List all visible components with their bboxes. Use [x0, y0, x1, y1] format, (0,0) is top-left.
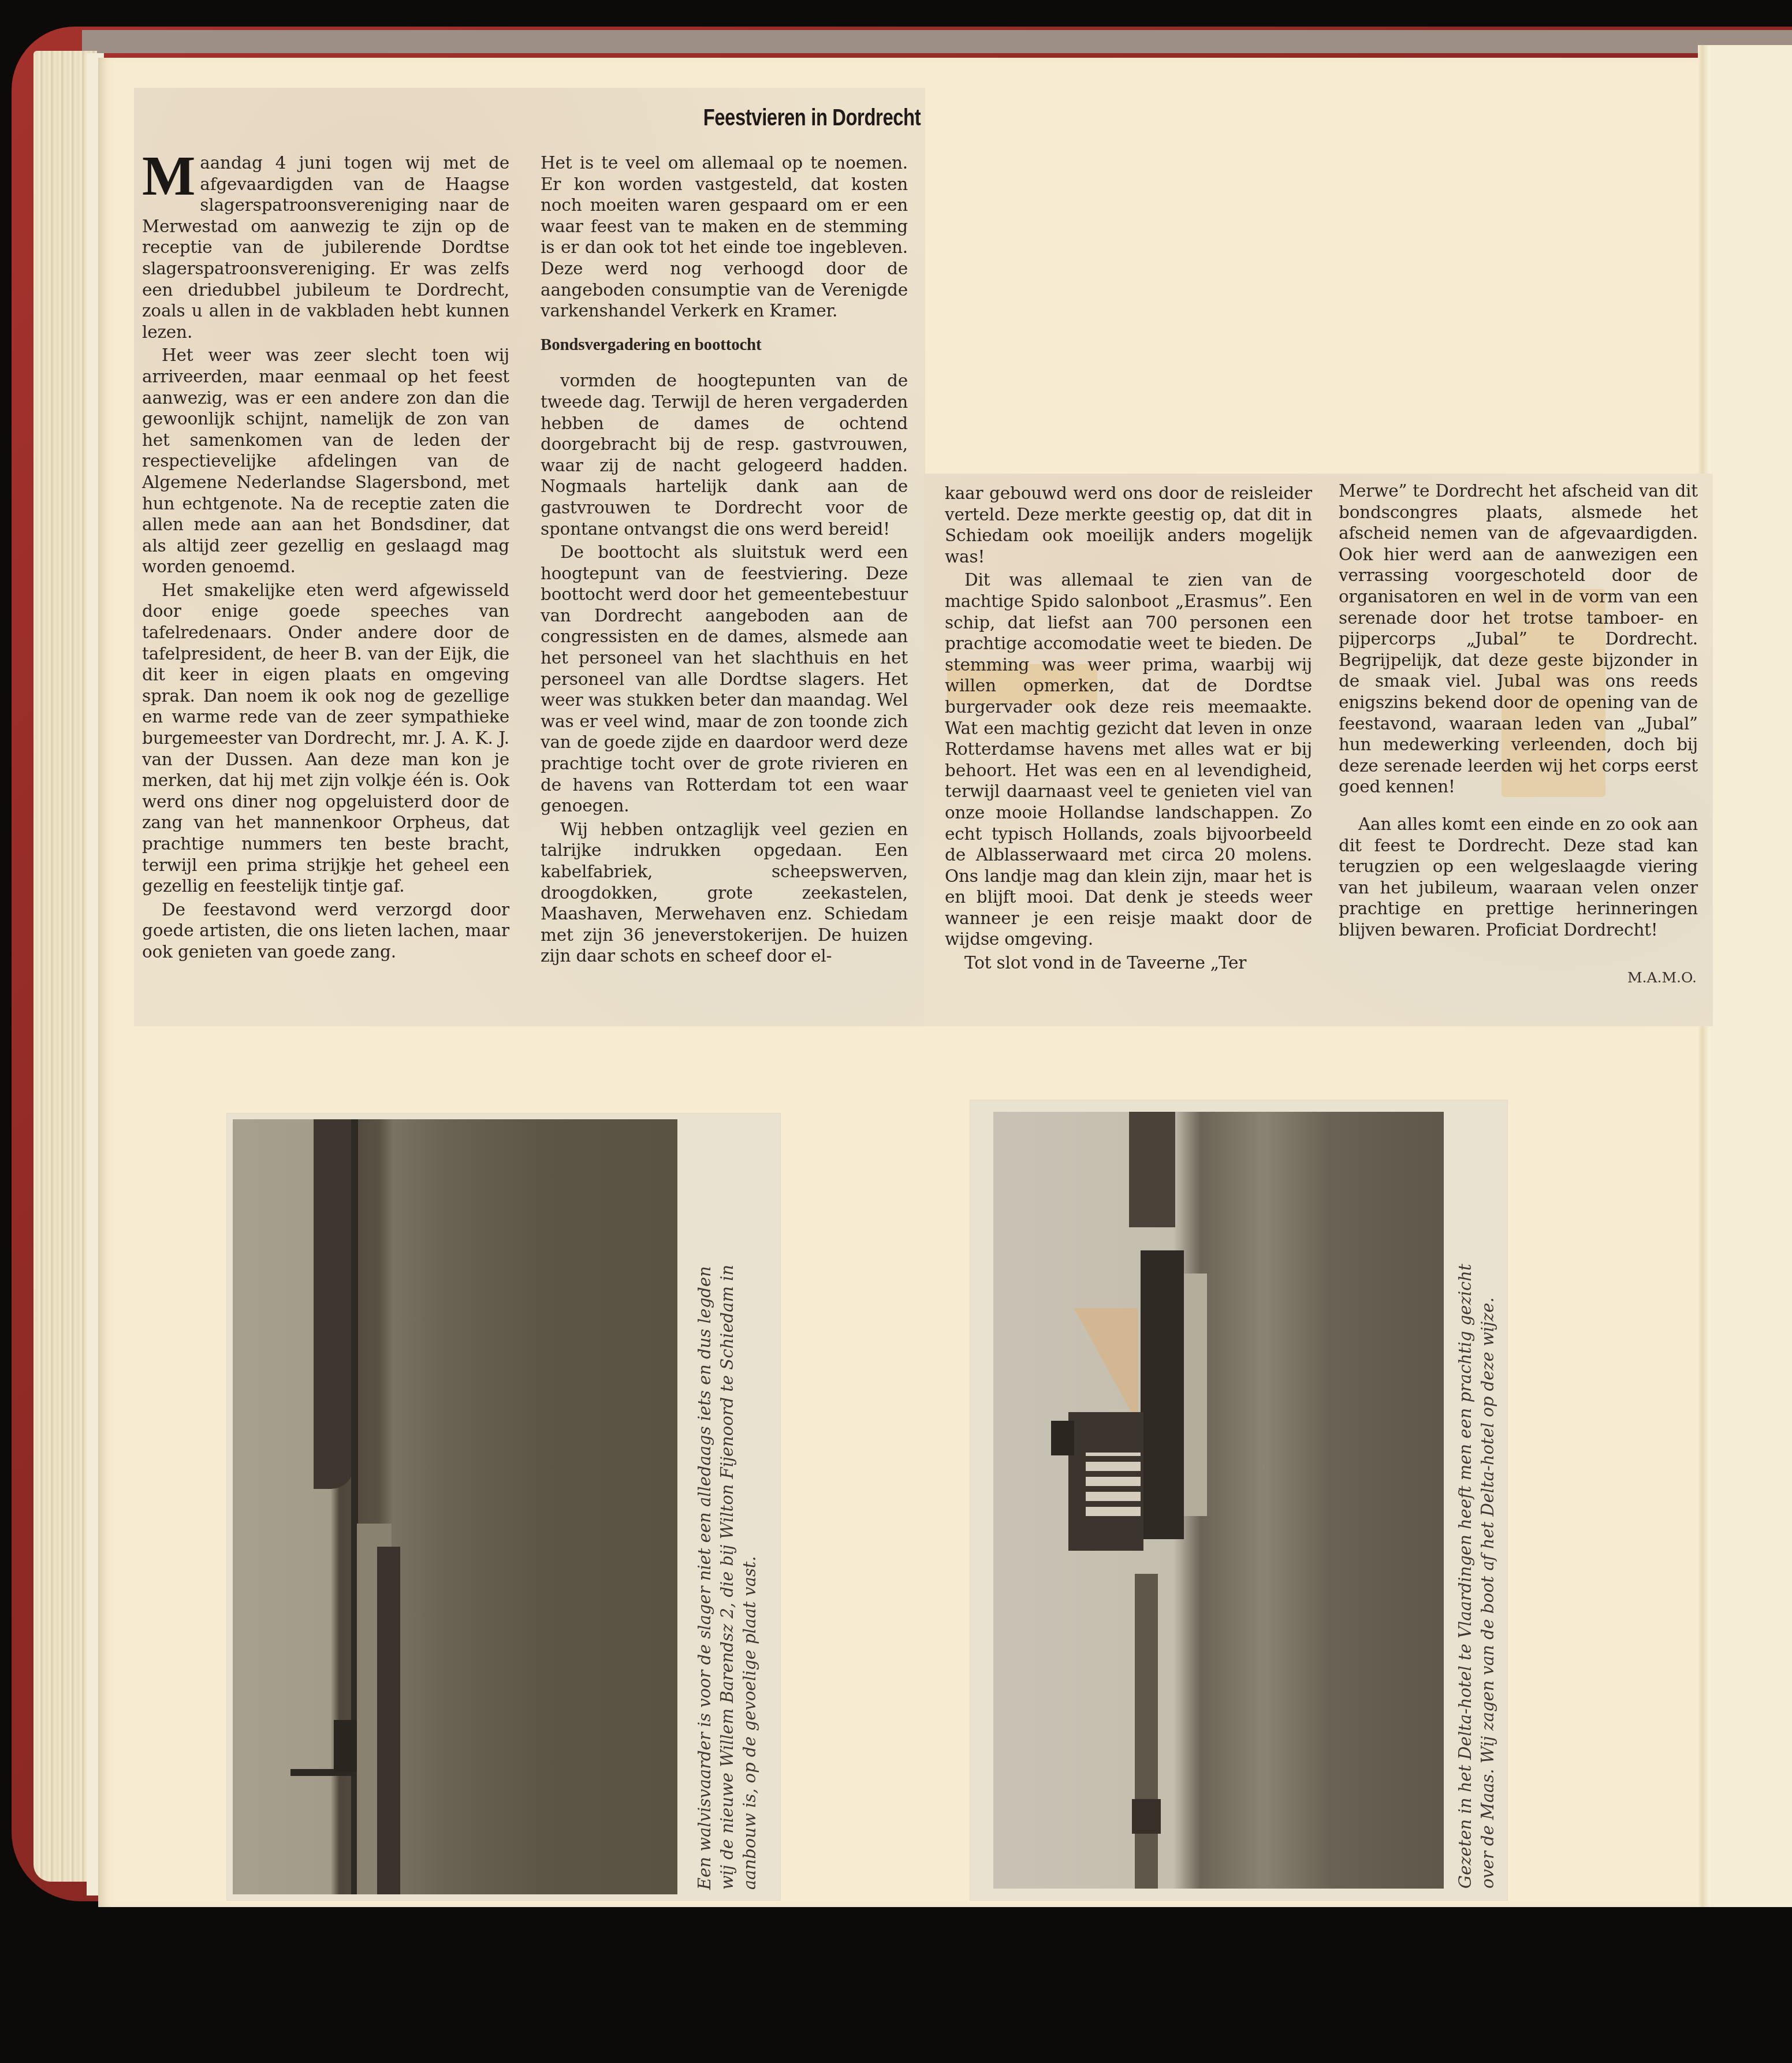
riverbank — [1135, 1574, 1158, 1889]
article-column-2: Het is te veel om allemaal op te noemen.… — [541, 152, 908, 967]
paragraph: Wij hebben ontzaglijk veel gezien en tal… — [541, 819, 908, 967]
paragraph: Merwe” te Dordrecht het afscheid van dit… — [1339, 481, 1698, 798]
photo-caption-delta-hotel: Gezeten in het Delta-hotel te Vlaardinge… — [1454, 1112, 1499, 1889]
article-column-1: Maandag 4 juni togen wij met de afgevaar… — [142, 152, 509, 963]
paragraph: kaar gebouwd werd ons door de reisleider… — [945, 483, 1312, 567]
treeline — [314, 1119, 354, 1489]
tower-windows — [1086, 1453, 1141, 1516]
endpaper-strip — [82, 30, 1792, 53]
paragraph: Het is te veel om allemaal op te noemen.… — [541, 152, 908, 322]
paragraph: Maandag 4 juni togen wij met de afgevaar… — [142, 152, 509, 342]
article-column-4: Merwe” te Dordrecht het afscheid van dit… — [1339, 481, 1698, 940]
paragraph: Dit was allemaal te zien van de machtige… — [945, 569, 1312, 950]
drop-cap: M — [142, 155, 195, 198]
article-column-3: kaar gebouwd werd ons door de reisleider… — [945, 483, 1312, 974]
small-house — [1132, 1799, 1161, 1834]
paragraph: Het weer was zeer slecht toen wij arrive… — [142, 345, 509, 578]
photo-caption-shipyard: Een walvisvaarder is voor de slager niet… — [694, 1122, 761, 1890]
tower-top — [1051, 1421, 1074, 1455]
hotel-wing — [1141, 1250, 1184, 1539]
paragraph: Aan alles komt een einde en zo ook aan d… — [1339, 814, 1698, 941]
photo-clipping-shipyard: Een walvisvaarder is voor de slager niet… — [227, 1114, 780, 1900]
hotel-terrace — [1184, 1273, 1207, 1516]
paragraph: Tot slot vond in de Taveerne „Ter — [945, 952, 1312, 974]
ship-superstructure — [334, 1720, 357, 1772]
newspaper-clipping-continuation: kaar gebouwd werd ons door de reisleider… — [924, 474, 1713, 1026]
article-headline: Feestvieren in Dordrecht — [703, 105, 921, 131]
photo-delta-hotel — [993, 1112, 1444, 1889]
stain — [1074, 1308, 1138, 1424]
distant-buildings — [1129, 1112, 1175, 1227]
paragraph: De feestavond werd verzorgd door goede a… — [142, 899, 509, 963]
ship-hull-shadow — [377, 1547, 400, 1894]
paragraph: Het smakelijke eten werd afgewisseld doo… — [142, 580, 509, 897]
facing-page-edge — [1711, 45, 1792, 1907]
photo-shipyard — [233, 1119, 677, 1894]
paragraph: De boottocht als sluitstuk werd een hoog… — [541, 542, 908, 817]
paragraph: vormden de hoogtepunten van de tweede da… — [541, 370, 908, 539]
author-signature: M.A.M.O. — [1627, 969, 1697, 986]
article-subheading: Bondsvergadering en boottocht — [541, 334, 908, 356]
photo-clipping-delta-hotel: Gezeten in het Delta-hotel te Vlaardinge… — [970, 1100, 1507, 1900]
newspaper-clipping-main: Feestvieren in Dordrecht Maandag 4 juni … — [134, 88, 925, 1026]
